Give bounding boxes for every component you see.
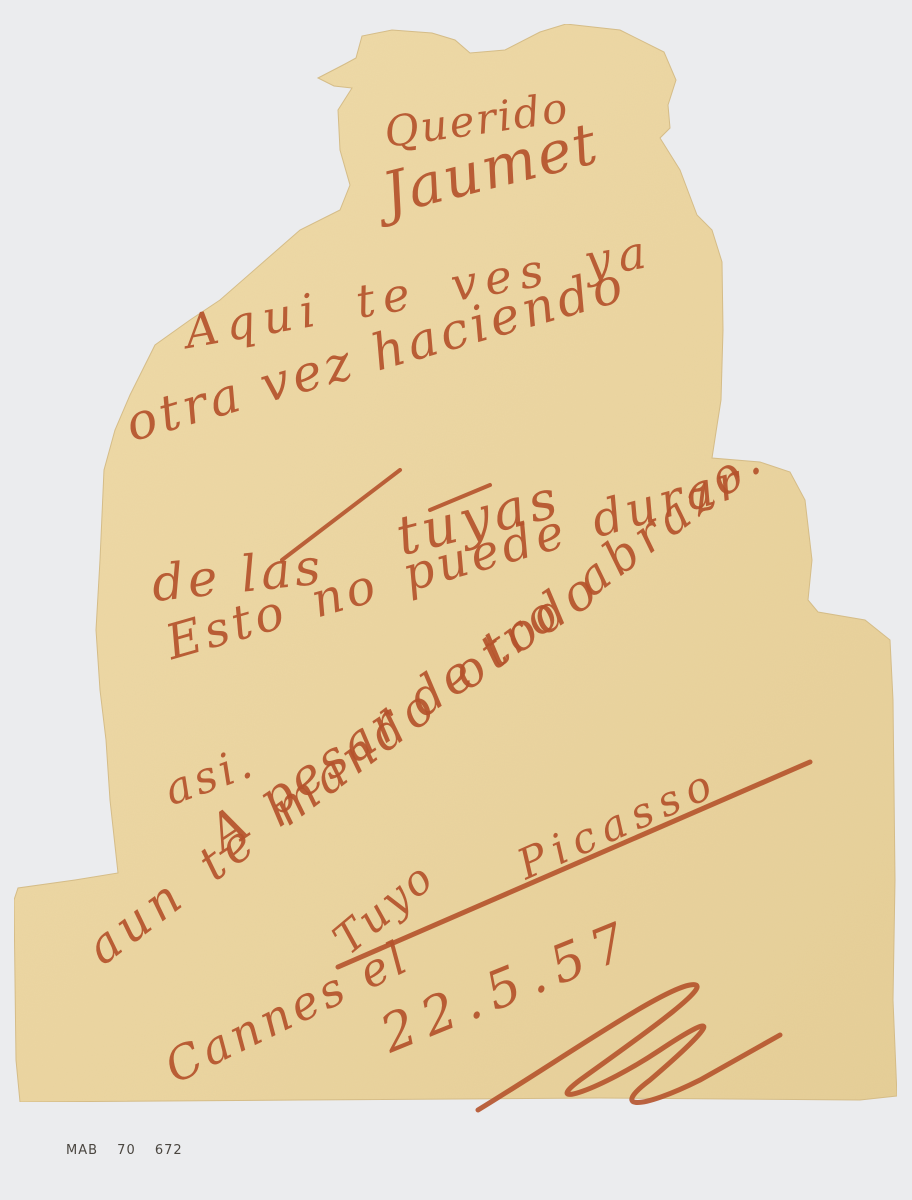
catalog-prefix: MAB xyxy=(66,1143,98,1158)
scanned-letter: Querido Jaumet Aqui te ves ya otra vez h… xyxy=(0,0,912,1200)
catalog-id: 70 672 xyxy=(117,1143,183,1158)
catalog-number: MAB 70 672 xyxy=(66,1143,183,1158)
